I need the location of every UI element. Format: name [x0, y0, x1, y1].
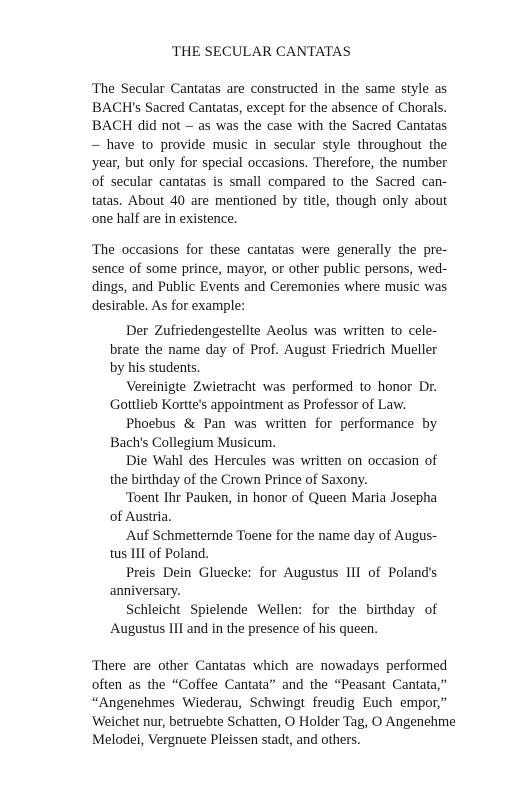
document-page: THE SECULAR CANTATAS The Secular Cantata… — [0, 0, 523, 800]
text-line: Vereinigte Zwietracht was performed to h… — [110, 378, 437, 397]
text-line: Die Wahl des Hercules was written on occ… — [110, 452, 437, 471]
example-item-pauken: Toent Ihr Pauken, in honor of Queen Mari… — [110, 489, 437, 526]
text-line: Der Zufriedengestellte Aeolus was writte… — [110, 322, 437, 341]
text-line: “Angenehmes Wiederau, Schwingt freudig E… — [92, 694, 447, 713]
example-item-preis-dein-gluecke: Preis Dein Gluecke: for Augustus III of … — [110, 564, 437, 601]
other-cantatas-paragraph: There are other Cantatas which are nowad… — [92, 657, 447, 750]
text-line: Weichet nur, betruebte Schatten, O Holde… — [92, 713, 447, 732]
example-item-spielende-wellen: Schleicht Spielende Wellen: for the birt… — [110, 601, 437, 638]
text-line: year, but only for special occasions. Th… — [92, 154, 447, 173]
text-line: BACH did not – as was the case with the … — [92, 117, 447, 136]
text-line: Toent Ihr Pauken, in honor of Queen Mari… — [110, 489, 437, 508]
text-line: often as the “Coffee Cantata” and the “P… — [92, 676, 447, 695]
cantata-examples-list: Der Zufriedengestellte Aeolus was writte… — [110, 322, 437, 638]
text-line: tatas. About 40 are mentioned by title, … — [92, 192, 447, 211]
text-line: There are other Cantatas which are nowad… — [92, 657, 447, 676]
text-line: BACH's Sacred Cantatas, except for the a… — [92, 99, 447, 118]
text-line: Phoebus & Pan was written for performanc… — [110, 415, 437, 434]
text-line: of Austria. — [110, 508, 437, 527]
text-line: Auf Schmetternde Toene for the name day … — [110, 527, 437, 546]
text-line: Melodei, Vergnuete Pleissen stadt, and o… — [92, 731, 447, 750]
example-item-schmetternde-toene: Auf Schmetternde Toene for the name day … — [110, 527, 437, 564]
text-line: – have to provide music in secular style… — [92, 136, 447, 155]
example-item-zwietracht: Vereinigte Zwietracht was performed to h… — [110, 378, 437, 415]
text-line: one half are in existence. — [92, 210, 447, 229]
text-line: Preis Dein Gluecke: for Augustus III of … — [110, 564, 437, 583]
page-title: THE SECULAR CANTATAS — [0, 44, 523, 61]
text-line: brate the name day of Prof. August Fried… — [110, 341, 437, 360]
text-line: Augustus III and in the presence of his … — [110, 620, 437, 639]
text-line: desirable. As for example: — [92, 297, 447, 316]
text-line: Gottlieb Kortte's appointment as Profess… — [110, 396, 437, 415]
text-line: The Secular Cantatas are constructed in … — [92, 80, 447, 99]
intro-paragraph: The Secular Cantatas are constructed in … — [92, 80, 447, 229]
text-line: sence of some prince, mayor, or other pu… — [92, 260, 447, 279]
occasions-paragraph: The occasions for these cantatas were ge… — [92, 241, 447, 315]
text-line: by his students. — [110, 359, 437, 378]
text-line: the birthday of the Crown Prince of Saxo… — [110, 471, 437, 490]
text-line: Schleicht Spielende Wellen: for the birt… — [110, 601, 437, 620]
example-item-phoebus-pan: Phoebus & Pan was written for performanc… — [110, 415, 437, 452]
text-line: anniversary. — [110, 582, 437, 601]
example-item-aeolus: Der Zufriedengestellte Aeolus was writte… — [110, 322, 437, 378]
text-line: of secular cantatas is small compared to… — [92, 173, 447, 192]
text-line: tus III of Poland. — [110, 545, 437, 564]
text-line: The occasions for these cantatas were ge… — [92, 241, 447, 260]
text-line: dings, and Public Events and Ceremonies … — [92, 278, 447, 297]
example-item-hercules: Die Wahl des Hercules was written on occ… — [110, 452, 437, 489]
text-line: Bach's Collegium Musicum. — [110, 434, 437, 453]
